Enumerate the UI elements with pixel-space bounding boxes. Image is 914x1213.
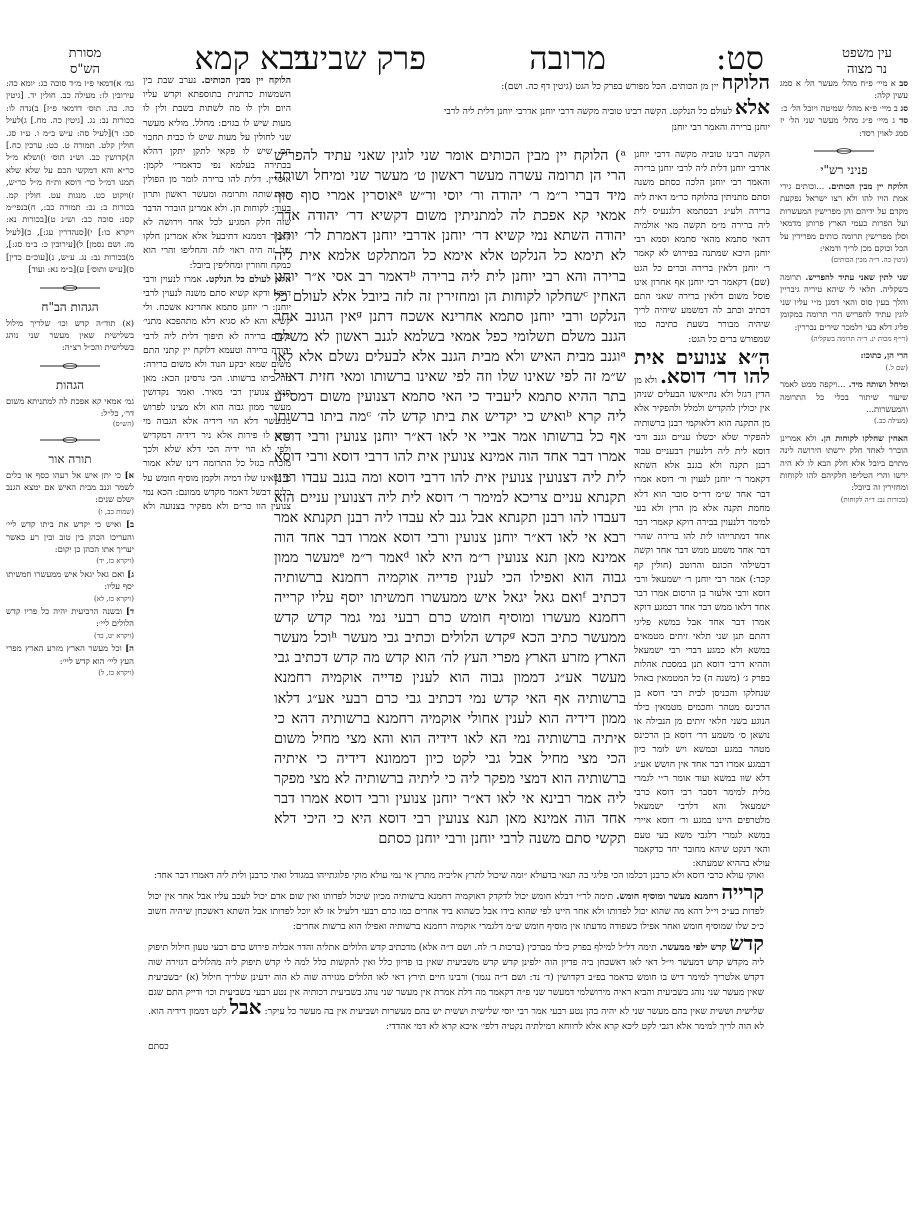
tosafot-bottom-entry: ואוקי עולא כרבי דוסא ולא כרבנן דכלמו הכי… <box>148 868 764 883</box>
ein-mishpat-title-line1: עין משפט <box>830 46 904 62</box>
ein-mishpat-title-line2: נר מצוה <box>830 62 904 78</box>
ein-mishpat-text: א מיי׳ פ״ח מהל׳ מעשר הל׳ א סמג עשין קלה: <box>780 78 908 100</box>
torah-or-mark: ד] <box>126 606 134 616</box>
masoret-title-line2: הש"ס <box>50 62 120 78</box>
tosafot-text: אמרו לנעוין ורבי דוסא ודקא קשיא סתם משנה… <box>143 274 291 514</box>
rashi-intro: הלוקח יין מן הכותים. הכל מפורש בפרק כל ה… <box>444 74 770 95</box>
tosafot-lead: הלוקח יין מבין הכותים. <box>201 75 291 86</box>
hagahot-habach-title: הגהות הב"ח <box>6 300 134 315</box>
ein-mishpat-column: סב א מיי׳ פ״ח מהל׳ מעשר הל׳ א סמג עשין ק… <box>780 77 908 506</box>
masoret-title-line1: מסורת <box>50 46 120 62</box>
rashi-lead-word2: אלא <box>735 95 770 119</box>
ein-mishpat-mark: סד <box>899 115 908 125</box>
pnei-rashi-entry: ומיחל ושותה מיד. ...ויקפה ממט לאמר שיעור… <box>780 378 908 428</box>
rashi-intro2-text: לעולם כל הנלקט. הקשה רבינו טוביה מקשה דר… <box>444 106 770 133</box>
pnei-rashi-ref: (גיטין כה. ד״ה מבין הכותים) <box>780 254 908 266</box>
tosafot-entry: ה״א צנועים אית להו דר׳ דוסא. ולא מן הדין… <box>634 350 770 868</box>
pnei-rashi-lead: האחין שחלקו לקוחות הן. <box>821 433 908 443</box>
torah-or-text: ואם גאל יגאל איש ממעשרו חמשיתו יסף עליו: <box>6 569 134 591</box>
torah-or-text: כי יתן איש אל רעהו כסף או כלים לשמר וגנב… <box>6 470 134 505</box>
pnei-rashi-lead: ומיחל ושותה מיד. <box>849 379 908 389</box>
pnei-rashi-ref: (מעילה כב.) <box>780 415 908 427</box>
gemara-text: ᵃ) הלוקח יין מבין הכותים אומר שני לוגין … <box>274 148 626 847</box>
tosafot-entry: אלא לעולם כל הנלקט. אמרו לנעוין ורבי דוס… <box>143 273 291 514</box>
pnei-rashi-lead: הרי הן, כתוכו: <box>861 350 909 360</box>
pnei-rashi-title: פניני רש"י <box>780 163 908 178</box>
tosafot-text: ולא מן הדין דגזל ולא נתייאשו הבעלים שניה… <box>634 375 770 868</box>
tosafot-lead: אבל <box>230 995 262 1019</box>
tosafot-text: הקשה רבינו טוביה מקשה דרבי יוחנן אדרבי י… <box>634 149 770 345</box>
torah-or-entry: ג] ואם גאל יגאל איש ממעשרו חמשיתו יסף על… <box>6 568 134 605</box>
torah-or-mark: ג] <box>127 569 134 579</box>
pnei-rashi-ref: (בכורות נב: ד״ה לקוחות) <box>780 494 908 506</box>
ein-mishpat-text: ג מיי׳ פ״ג מהל׳ מעשר שני הל׳ יז סמג לאוי… <box>780 115 908 137</box>
rashi-header-block: הלוקח יין מן הכותים. הכל מפורש בפרק כל ה… <box>444 74 770 136</box>
tosafot-lead: קדש <box>730 931 764 955</box>
tosafot-entry: הלוקח יין מבין הכותים. נערב שבת בין השמש… <box>143 74 291 273</box>
ein-mishpat-text: ב מיי׳ פ״א מהל׳ שמיטה ויובל הל׳ כ: <box>781 103 898 113</box>
torah-or-ref: (ויקרא יט, כד) <box>6 630 134 642</box>
hagahot-text: גמ׳ אמאי קא אפכת לה למתניתא משום דר׳, כל… <box>6 395 134 420</box>
torah-or-text: וכל מעשר הארץ מזרע הארץ מפרי העץ ליי׳ הו… <box>6 643 134 665</box>
tosafot-entry: הקשה רבינו טוביה מקשה דרבי יוחנן אדרבי י… <box>634 148 770 347</box>
pnei-rashi-entry: הרי הן, כתוכו:(שם ל.) <box>780 349 908 374</box>
masoret-hashas-column: גמ׳ א)דמאי פ״ז מ״ד סוכה כג: יומא כה: עיר… <box>6 77 134 679</box>
tosafot-bottom-entry: קרייה רחמנא מעשר ומוסיף חומש. תימה לר״י … <box>148 885 764 934</box>
tosafot-text: ואוקי עולא כרבי דוסא ולא כרבנן דכלמו הכי… <box>154 870 764 881</box>
ornament-divider-icon <box>6 284 134 292</box>
pnei-rashi-lead: שני לתין שאני עתיד להפריש. <box>805 272 908 282</box>
rashi-lead-word: הלוקח <box>721 70 770 94</box>
ornament-divider-icon <box>780 147 908 155</box>
ein-mishpat-mark: סב <box>899 78 908 88</box>
tosafot-lead2: קדש ילפי ממעשר. <box>660 942 727 953</box>
pnei-rashi-text: ...וכותים גירי אמת הויו להו ולא רצו ישרא… <box>780 181 908 253</box>
ein-mishpat-entry: סג ב מיי׳ פ״א מהל׳ שמיטה ויובל הל׳ כ: <box>780 102 908 114</box>
ein-mishpat-entry: סד ג מיי׳ פ״ג מהל׳ מעשר שני הל׳ יז סמג ל… <box>780 114 908 139</box>
ornament-divider-icon <box>6 362 134 370</box>
tosafot-lead: קרייה <box>721 880 764 904</box>
masoret-hashas-text: גמ׳ א)דמאי פ״ז מ״ד סוכה כג: יומא כה: עיר… <box>6 77 134 276</box>
pnei-rashi-entry: הלוקח יין מבין הכותים. ...וכותים גירי אמ… <box>780 180 908 267</box>
ornament-divider-icon <box>6 436 134 444</box>
hagahot-habach-text: (א) תוד״ה קדש וכו׳ שלריך מילול בשלישית ש… <box>6 317 134 354</box>
torah-or-text: ואיש כי יקדש את ביתו קדש ליי׳ והעריכו הכ… <box>6 519 134 554</box>
torah-or-ref: (ויקרא כז, יד) <box>6 555 134 567</box>
torah-or-entry: א] כי יתן איש אל רעהו כסף או כלים לשמר ו… <box>6 469 134 519</box>
tosafot-bottom: ואוקי עולא כרבי דוסא ולא כרבנן דכלמו הכי… <box>148 868 764 1055</box>
pnei-rashi-ref: (שם ל.) <box>780 362 908 374</box>
rashi-intro-text: יין מן הכותים. הכל מפורש בפרק כל הגט (גי… <box>501 81 718 92</box>
ein-mishpat-entry: סב א מיי׳ פ״ח מהל׳ מעשר הל׳ א סמג עשין ק… <box>780 77 908 102</box>
torah-or-title: תורה אור <box>6 452 134 467</box>
tosafot-lead2: רחמנא מעשר ומוסיף חומש. <box>616 891 718 902</box>
pnei-rashi-lead: הלוקח יין מבין הכותים. <box>828 181 908 191</box>
tosafot-lead: אלא לעולם כל הנלקט. <box>206 274 291 285</box>
masoret-hashas-title: מסורת הש"ס <box>50 46 120 78</box>
torah-or-mark: ב] <box>126 519 134 529</box>
pnei-rashi-entry: שני לתין שאני עתיד להפריש. תרומה בשקליה.… <box>780 271 908 345</box>
gemara-main-text: ᵃ) הלוקח יין מבין הכותים אומר שני לוגין … <box>274 146 626 866</box>
hagahot-ref: (הש״ס) <box>6 420 134 428</box>
torah-or-mark: א] <box>125 470 134 480</box>
perek-label: פרק שביעי <box>293 42 426 74</box>
tosafot-left-column: הלוקח יין מבין הכותים. נערב שבת בין השמש… <box>143 74 291 514</box>
torah-or-entry: ה] וכל מעשר הארץ מזרע הארץ מפרי העץ ליי׳… <box>6 642 134 679</box>
pnei-rashi-ref: (רי״ף מכות ינ. ד״ה תרומה בשקליה) <box>780 333 908 345</box>
torah-or-ref: (ויקרא כז, ל) <box>6 667 134 679</box>
chapter-name: מרובה <box>529 42 606 74</box>
tosafot-text: נערב שבת בין השמשות כדתנית בתוספתא וקדש … <box>143 75 291 271</box>
torah-or-ref: (שמות כב, ו) <box>6 506 134 518</box>
tractate-name: בבא קמא <box>194 42 310 74</box>
pnei-rashi-entry: האחין שחלקו לקוחות הן. ולא אמרינן הוברר … <box>780 432 908 506</box>
tosafot-right-column: הקשה רבינו טוביה מקשה דרבי יוחנן אדרבי י… <box>634 148 770 868</box>
torah-or-ref: (ויקרא כז, לא) <box>6 593 134 605</box>
ein-mishpat-title: עין משפט נר מצוה <box>830 46 904 78</box>
hagahot-title: הגהות <box>6 378 134 393</box>
rashi-intro2: אלא לעולם כל הנלקט. הקשה רבינו טוביה מקש… <box>444 99 770 136</box>
torah-or-entry: ב] ואיש כי יקדש את ביתו קדש ליי׳ והעריכו… <box>6 518 134 568</box>
ein-mishpat-mark: סג <box>900 103 908 113</box>
torah-or-text: ובשנה הרביעית יהיה כל פריו קדש הלולים לי… <box>6 606 134 628</box>
catchword: כסתם <box>148 1040 764 1055</box>
tosafot-bottom-entry: קדש קדש ילפי ממעשר. תימה דל״ל למילף בפרק… <box>148 936 764 1034</box>
torah-or-mark: ה] <box>125 643 134 653</box>
torah-or-entry: ד] ובשנה הרביעית יהיה כל פריו קדש הלולים… <box>6 605 134 642</box>
